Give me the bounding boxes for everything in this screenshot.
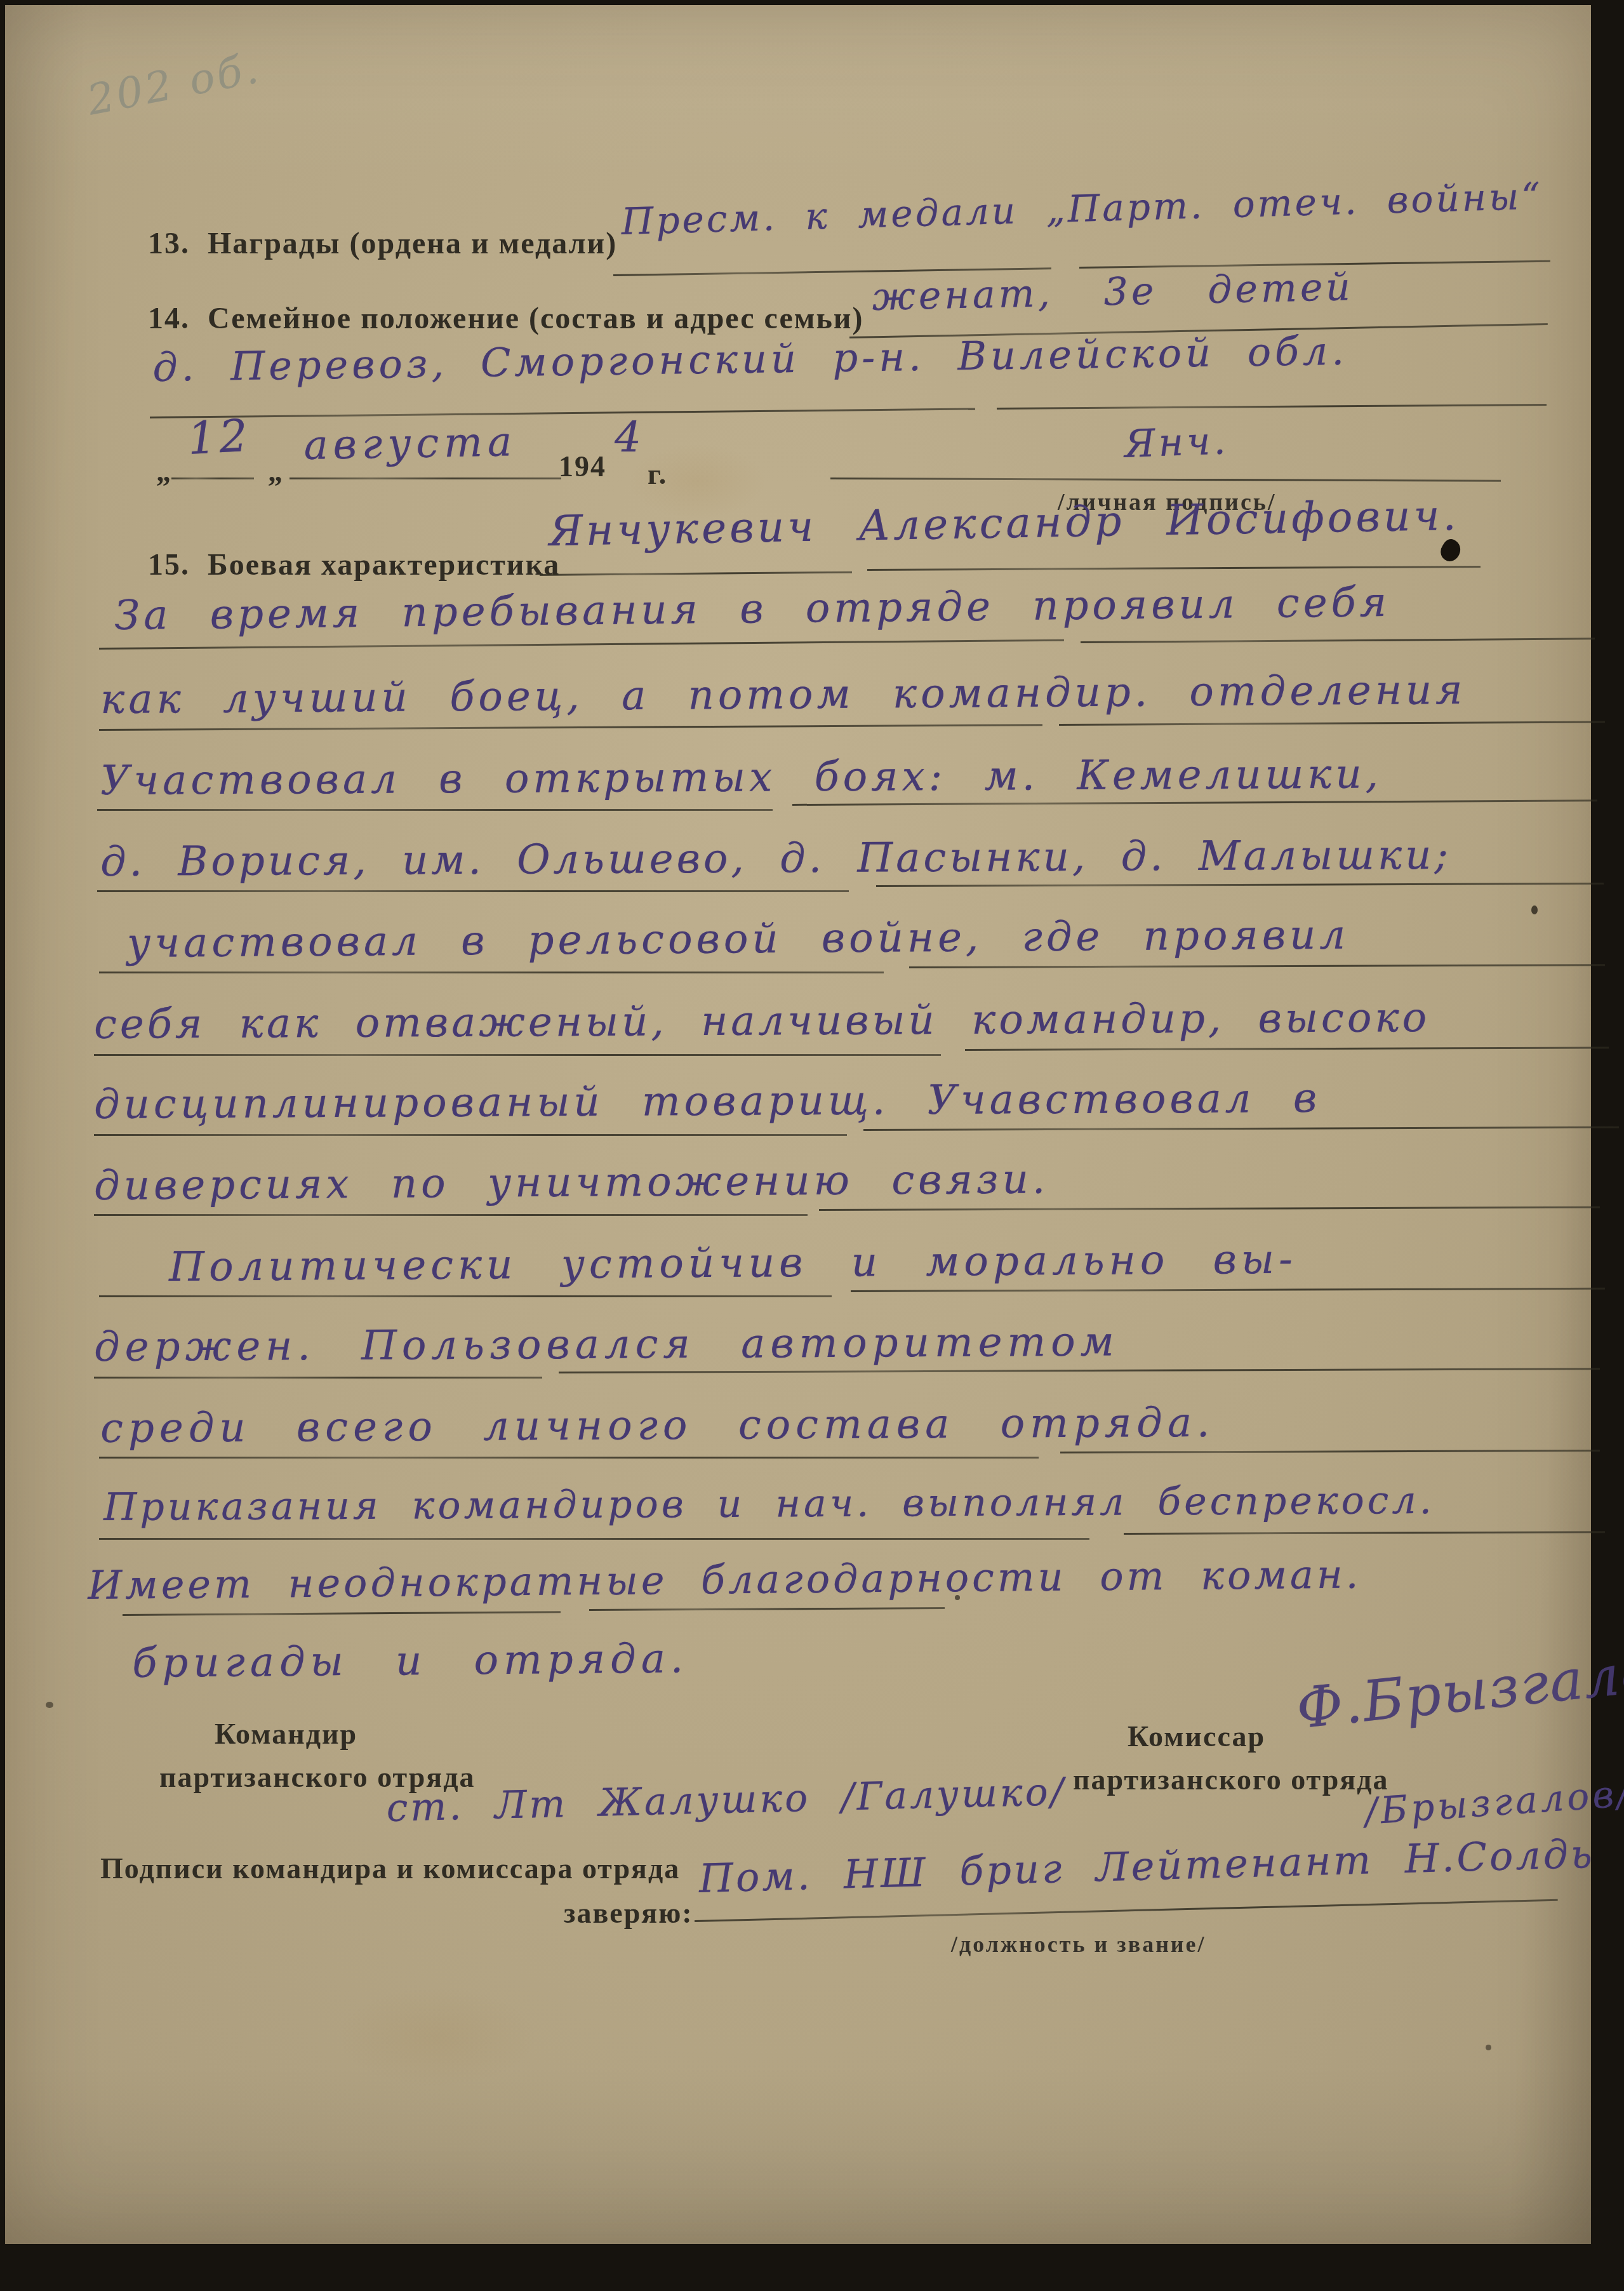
item13-answer-handwriting: Пресм. к медали „Парт. отеч. войны“ (621, 177, 1543, 240)
ruled-line (94, 1134, 847, 1136)
characteristic-line: Приказания командиров и нач. выполнял бе… (103, 1481, 1435, 1526)
item14-address-handwriting: д. Перевоз, Сморгонский р-н. Вилейской о… (152, 331, 1348, 387)
ruled-line (1060, 1450, 1600, 1453)
paper-speck (955, 1595, 960, 1600)
characteristic-line: держен. Пользовался авторитетом (94, 1322, 1119, 1368)
ruled-line (559, 1368, 1600, 1373)
certify-verb: заверяю: (564, 1899, 693, 1928)
ruled-line (94, 1054, 941, 1056)
item14-label: 14. Семейное положение (состав и адрес с… (148, 304, 863, 334)
ruled-line (99, 639, 1064, 650)
ruled-line (867, 566, 1481, 571)
paper-speck (1486, 2045, 1491, 2050)
date-year-digit-handwriting: 4 (615, 417, 644, 458)
ruled-line (589, 1607, 945, 1611)
ruled-line (819, 1206, 1600, 1211)
commissar-title-line1: Комиссар (1128, 1722, 1265, 1751)
date-open-quote: „ (156, 457, 172, 486)
ruled-line (94, 1214, 808, 1216)
paper-hole (1531, 905, 1538, 914)
ruled-line (123, 1611, 561, 1616)
item14-text: Семейное положение (состав и адрес семьи… (208, 302, 863, 335)
date-day-handwriting: 12 (187, 413, 252, 461)
ruled-line (863, 1126, 1619, 1131)
ruled-line (965, 1046, 1609, 1051)
ruled-line (695, 1899, 1558, 1922)
ruled-line (830, 478, 1501, 482)
characteristic-line: дисциплинированый товарищ. Учавствовал в (94, 1078, 1321, 1125)
paper-stain (335, 1986, 538, 2088)
item15-number: 15. (148, 548, 190, 582)
ruled-line (540, 571, 852, 576)
characteristic-line: среди всего личного состава отряда. (100, 1403, 1215, 1449)
characteristic-line: бригады и отряда. (132, 1638, 688, 1684)
commander-signature-handwriting: ст. Лт Жалушко /Галушко/ (386, 1773, 1067, 1827)
commissar-name-handwriting: /Брызгалов/ (1364, 1775, 1624, 1830)
date-year-suffix: г. (648, 460, 667, 489)
characteristic-line: Участвовал в открытых боях: м. Кемелишки… (100, 754, 1382, 801)
paper-speck (46, 1702, 53, 1708)
item15-label: 15. Боевая характеристика (148, 550, 560, 580)
duty-rank-caption: /должность и звание/ (951, 1933, 1206, 1956)
date-month-handwriting: августа (303, 422, 517, 466)
item15-name-handwriting: Янчукевич Александр Иосифович. (549, 495, 1460, 552)
archive-page-note: 202 об. (84, 47, 263, 121)
item14-number: 14. (148, 302, 190, 335)
ruled-line (290, 478, 561, 479)
ruled-line (1124, 1531, 1605, 1535)
ruled-line (99, 724, 1042, 731)
personal-signature-handwriting: Янч. (1124, 422, 1229, 464)
characteristic-line: За время пребывания в отряде проявил себ… (114, 582, 1390, 636)
ruled-line (97, 809, 773, 811)
characteristic-line: Имеет неоднократные благодарности от ком… (88, 1554, 1362, 1605)
item13-number: 13. (148, 227, 190, 260)
ruled-line (997, 404, 1547, 410)
commissar-title-line2: партизанского отряда (1073, 1765, 1388, 1794)
characteristic-line: диверсиях по уничтожению связи. (94, 1159, 1049, 1206)
ruled-line (792, 799, 1597, 806)
item13-text: Награды (ордена и медали) (208, 227, 617, 260)
characteristic-line: д. Ворися, им. Ольшево, д. Пасынки, д. М… (100, 835, 1451, 883)
ruled-line (99, 1295, 832, 1297)
commissar-autograph-handwriting: Ф.Брызгалов (1294, 1640, 1624, 1737)
item14-answer-handwriting: женат, 3е детей (872, 268, 1354, 316)
item15-text: Боевая характеристика (208, 548, 560, 582)
characteristic-line: участвовал в рельсовой войне, где прояви… (127, 915, 1349, 964)
characteristic-line: как лучший боец, а потом командир. отдел… (100, 670, 1467, 720)
certify-label: Подписи командира и комиссара отряда (100, 1854, 680, 1883)
commander-title-line1: Командир (215, 1720, 357, 1749)
ruled-line (99, 1538, 1089, 1540)
date-year-printed: 194 (559, 452, 606, 481)
ruled-line (1081, 638, 1595, 643)
characteristic-line: Политически устойчив и морально вы- (169, 1239, 1297, 1288)
ruled-line (94, 1377, 542, 1379)
date-close-quote: „ (268, 457, 284, 486)
paper-hole (1437, 536, 1465, 564)
ruled-line (150, 408, 975, 418)
ruled-line (97, 890, 849, 892)
item13-label: 13. Награды (ордена и медали) (148, 229, 617, 259)
ruled-line (909, 964, 1605, 968)
ruled-line (876, 883, 1604, 887)
ruled-line (171, 478, 254, 479)
paper-sheet: 202 об. 13. Награды (ордена и медали) Пр… (5, 5, 1591, 2244)
ruled-line (1059, 721, 1605, 726)
certify-signature-handwriting: Пом. НШ бриг Лейтенант Н.Солдь (698, 1834, 1595, 1899)
characteristic-line: себя как отваженый, налчивый командир, в… (94, 998, 1430, 1045)
ruled-line (99, 972, 884, 973)
ruled-line (851, 1288, 1605, 1292)
scanned-document-page: { "archive_note": "202 об.", "form": { "… (0, 0, 1624, 2291)
ruled-line (99, 1457, 1039, 1459)
